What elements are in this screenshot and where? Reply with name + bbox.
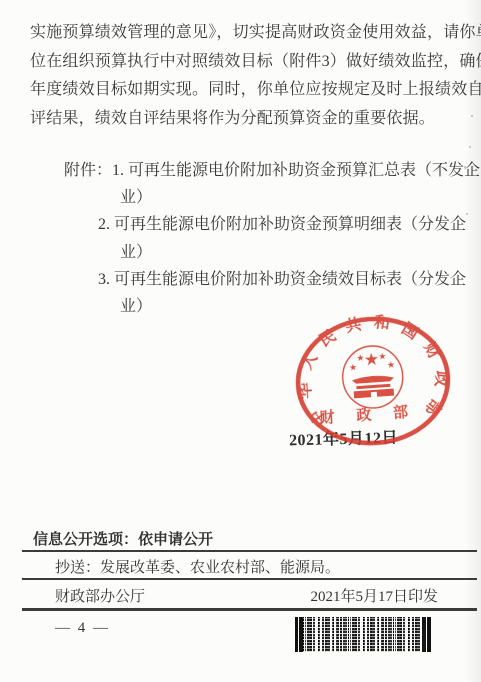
divider-line <box>22 608 477 611</box>
small-star-icon: ★ <box>378 351 387 362</box>
body-line: 位在组织预算执行中对照绩效目标（附件3）做好绩效监控，确保 <box>30 48 481 77</box>
body-line: 评结果，绩效自评结果将作为分配预算资金的重要依据。 <box>30 105 481 134</box>
scanned-document-page: 实施预算绩效管理的意见》，切实提高财政资金使用效益，请你单 位在组织预算执行中对… <box>0 0 481 682</box>
gate-ledge <box>356 384 390 389</box>
body-paragraph: 实施预算绩效管理的意见》，切实提高财政资金使用效益，请你单 位在组织预算执行中对… <box>30 19 481 134</box>
attachment-item: 3. 可再生能源电价附加补助资金绩效目标表（分发企 <box>0 266 480 293</box>
disclosure-option: 信息公开选项：依申请公开 <box>33 528 213 549</box>
cc-note: 抄送：发展改革委、农业农村部、能源局。 <box>55 556 340 577</box>
divider-line <box>22 578 477 580</box>
page-number: — 4 — <box>55 620 110 637</box>
attachment-item-continuation: 业） <box>0 239 480 266</box>
attachment-item: 附件：1. 可再生能源电价附加补助资金预算汇总表（不发企 <box>0 157 480 184</box>
ministry-seal: 中华人民共和国财政部 ★ ★ ★ ★ ★ 财 政 部 <box>290 309 457 454</box>
document-barcode <box>295 617 431 652</box>
small-star-icon: ★ <box>356 353 365 364</box>
seal-name-text: 财 政 部 <box>319 402 418 427</box>
divider-line <box>22 550 477 552</box>
print-date: 2021年5月17日印发 <box>310 585 438 606</box>
attachments-list: 附件：1. 可再生能源电价附加补助资金预算汇总表（不发企 业） 2. 可再生能源… <box>0 157 480 320</box>
attachment-item: 2. 可再生能源电价附加补助资金预算明细表（分发企 <box>0 211 480 238</box>
gate-door <box>371 392 377 397</box>
issuing-office: 财政部办公厅 <box>55 585 145 606</box>
attachments-label: 附件： <box>64 162 112 179</box>
scan-speck <box>427 347 429 349</box>
body-line: 实施预算绩效管理的意见》，切实提高财政资金使用效益，请你单 <box>30 19 481 48</box>
small-star-icon: ★ <box>387 359 396 370</box>
gate-roof <box>352 375 394 384</box>
scan-speck <box>464 166 466 168</box>
scan-speck <box>469 146 471 148</box>
attachment-item-continuation: 业） <box>0 184 480 211</box>
scan-speck <box>466 213 468 215</box>
national-emblem-icon: ★ ★ ★ ★ ★ <box>341 344 405 410</box>
small-star-icon: ★ <box>349 362 358 373</box>
attachment-item-text: 1. 可再生能源电价附加补助资金预算汇总表（不发企 <box>112 162 480 179</box>
scan-speck <box>471 115 473 117</box>
body-line: 年度绩效目标如期实现。同时，你单位应按规定及时上报绩效自 <box>30 76 481 105</box>
